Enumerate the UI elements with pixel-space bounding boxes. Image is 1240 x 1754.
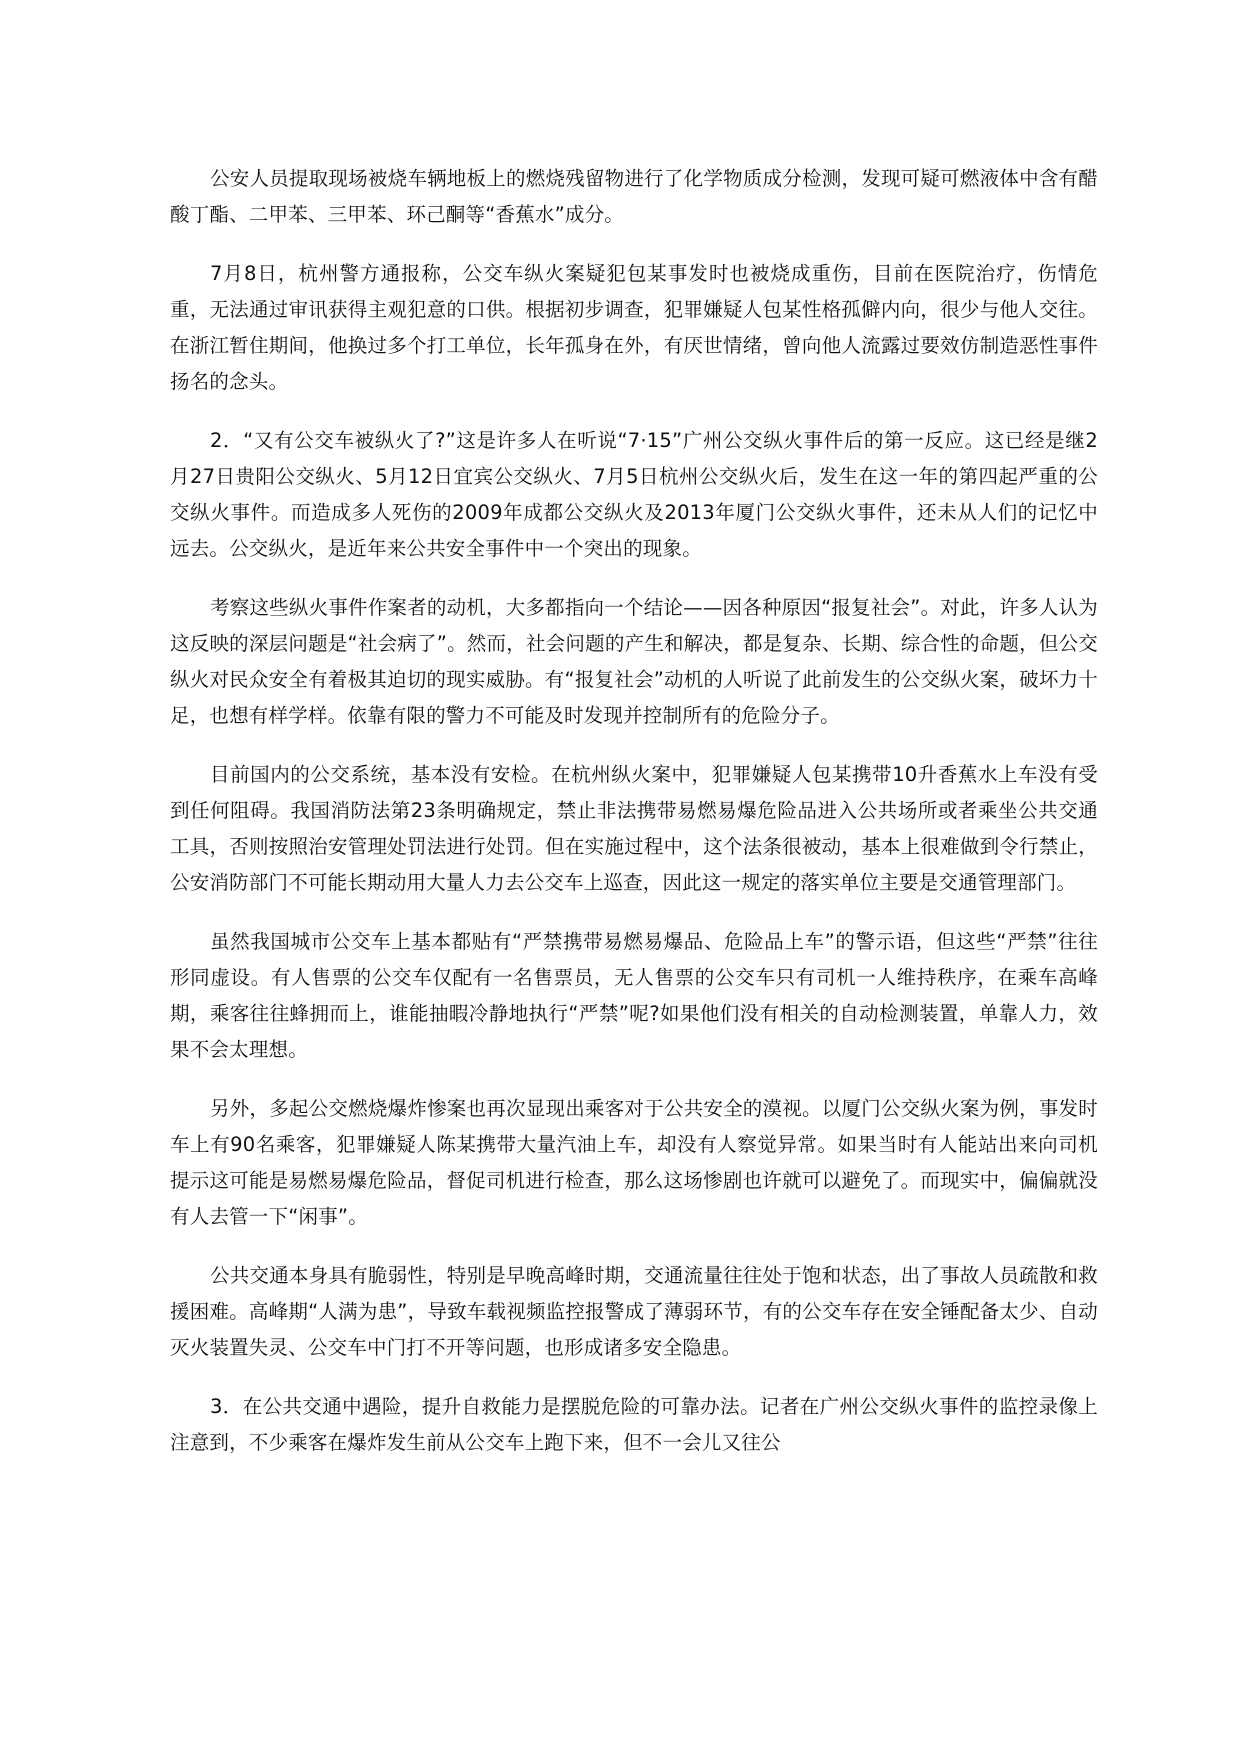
- document-page: 公安人员提取现场被烧车辆地板上的燃烧残留物进行了化学物质成分检测，发现可疑可燃液…: [170, 161, 1098, 1484]
- paragraph-forensic-test: 公安人员提取现场被烧车辆地板上的燃烧残留物进行了化学物质成分检测，发现可疑可燃液…: [170, 161, 1098, 233]
- paragraph-transit-vulnerability: 公共交通本身具有脆弱性，特别是早晚高峰时期，交通流量往往处于饱和状态，出了事故人…: [170, 1258, 1098, 1366]
- paragraph-warning-signs: 虽然我国城市公交车上基本都贴有“严禁携带易燃易爆品、危险品上车”的警示语，但这些…: [170, 924, 1098, 1068]
- paragraph-section-3-self-rescue: 3．在公共交通中遇险，提升自救能力是摆脱危险的可靠办法。记者在广州公交纵火事件的…: [170, 1389, 1098, 1461]
- paragraph-motive-analysis: 考察这些纵火事件作案者的动机，大多都指向一个结论——因各种原因“报复社会”。对此…: [170, 590, 1098, 734]
- paragraph-no-security-check: 目前国内的公交系统，基本没有安检。在杭州纵火案中，犯罪嫌疑人包某携带10升香蕉水…: [170, 757, 1098, 901]
- paragraph-hangzhou-police-report: 7月8日，杭州警方通报称，公交车纵火案疑犯包某事发时也被烧成重伤，目前在医院治疗…: [170, 256, 1098, 400]
- paragraph-section-2-intro: 2．“又有公交车被纵火了?”这是许多人在听说“7·15”广州公交纵火事件后的第一…: [170, 423, 1098, 567]
- paragraph-passenger-indifference: 另外，多起公交燃烧爆炸惨案也再次显现出乘客对于公共安全的漠视。以厦门公交纵火案为…: [170, 1091, 1098, 1235]
